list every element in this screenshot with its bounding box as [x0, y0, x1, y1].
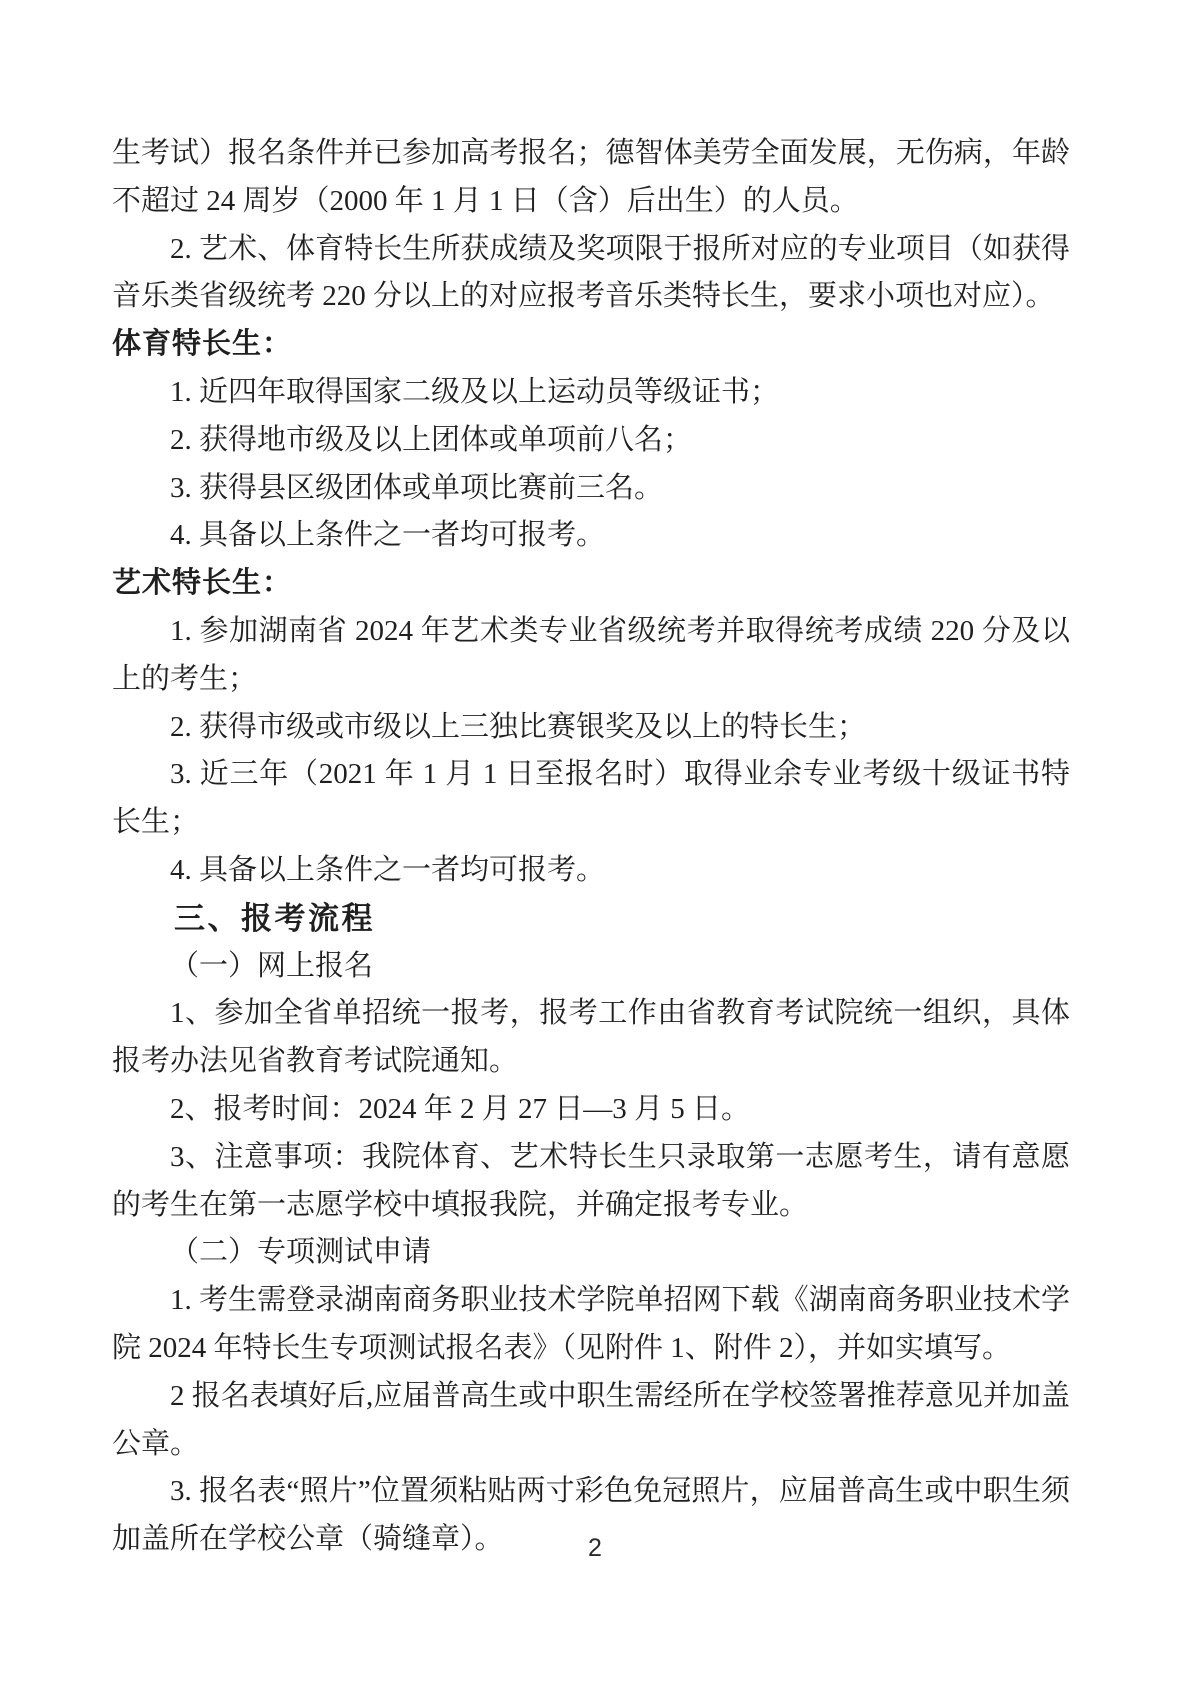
paragraph: 1. 参加湖南省 2024 年艺术类专业省级统考并取得统考成绩 220 分及以上… — [112, 608, 1070, 704]
paragraph: 2 报名表填好后,应届普高生或中职生需经所在学校签署推荐意见并加盖公章。 — [112, 1373, 1070, 1469]
paragraph: 2. 获得市级或市级以上三独比赛银奖及以上的特长生； — [112, 704, 1070, 752]
paragraph: 生考试）报名条件并已参加高考报名；德智体美劳全面发展，无伤病，年龄不超过 24 … — [112, 130, 1070, 226]
paragraph: 1、参加全省单招统一报考，报考工作由省教育考试院统一组织，具体报考办法见省教育考… — [112, 990, 1070, 1086]
paragraph: 4. 具备以上条件之一者均可报考。 — [112, 847, 1070, 895]
subheading: 体育特长生： — [112, 321, 1070, 369]
paragraph: 2、报考时间：2024 年 2 月 27 日—3 月 5 日。 — [112, 1086, 1070, 1134]
paragraph: （二）专项测试申请 — [112, 1229, 1070, 1277]
document-body: 生考试）报名条件并已参加高考报名；德智体美劳全面发展，无伤病，年龄不超过 24 … — [112, 130, 1070, 1564]
document-page: 生考试）报名条件并已参加高考报名；德智体美劳全面发展，无伤病，年龄不超过 24 … — [0, 0, 1190, 1683]
paragraph: （一）网上报名 — [112, 943, 1070, 991]
paragraph: 1. 近四年取得国家二级及以上运动员等级证书； — [112, 369, 1070, 417]
paragraph: 2. 获得地市级及以上团体或单项前八名； — [112, 417, 1070, 465]
section-heading: 三、报考流程 — [112, 895, 1070, 943]
paragraph: 1. 考生需登录湖南商务职业技术学院单招网下载《湖南商务职业技术学院 2024 … — [112, 1277, 1070, 1373]
paragraph: 3、注意事项：我院体育、艺术特长生只录取第一志愿考生，请有意愿的考生在第一志愿学… — [112, 1134, 1070, 1230]
paragraph: 2. 艺术、体育特长生所获成绩及奖项限于报所对应的专业项目（如获得音乐类省级统考… — [112, 226, 1070, 322]
paragraph: 3. 近三年（2021 年 1 月 1 日至报名时）取得业余专业考级十级证书特长… — [112, 751, 1070, 847]
page-number: 2 — [0, 1534, 1190, 1563]
paragraph: 3. 获得县区级团体或单项比赛前三名。 — [112, 465, 1070, 513]
subheading: 艺术特长生： — [112, 560, 1070, 608]
paragraph: 4. 具备以上条件之一者均可报考。 — [112, 512, 1070, 560]
